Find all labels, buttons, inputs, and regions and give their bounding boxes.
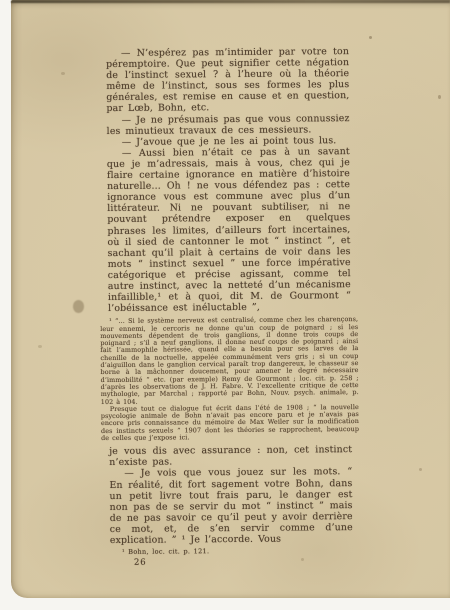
page-text-column: — N’espérez pas m’intimider par votre to… [106,46,353,568]
page-top-edge [11,0,450,3]
paper-speck [38,345,42,348]
paragraph: — Je vois que vous jouez sur les mots. “… [109,467,353,547]
paragraph: — Aussi bien n’était ce pas à un savant … [107,146,351,314]
paper-speck [438,95,441,99]
footnote-block: ¹ “... Si le système nerveux est central… [100,316,359,442]
footnote-paragraph: ¹ “... Si le système nerveux est central… [100,316,359,406]
bottom-footnote: ¹ Bohn, loc. cit. p. 121. [122,546,353,556]
ink-smudge [73,300,84,313]
scanned-book-page: — N’espérez pas m’intimider par votre to… [0,0,450,610]
page-number: 26 [134,556,353,568]
paper-speck [61,72,65,75]
paragraph: — Je ne présumais pas que vous connussie… [107,113,350,137]
paragraph: je vous dis avec assurance : non, cet in… [109,444,352,468]
paragraph: — N’espérez pas m’intimider par votre to… [106,46,350,114]
footnote-paragraph: Presque tout ce dialogue fut écrit dans … [101,404,359,443]
paper-speck [369,36,372,39]
paper-sheet: — N’espérez pas m’intimider par votre to… [11,0,450,598]
paper-speck [419,468,422,471]
